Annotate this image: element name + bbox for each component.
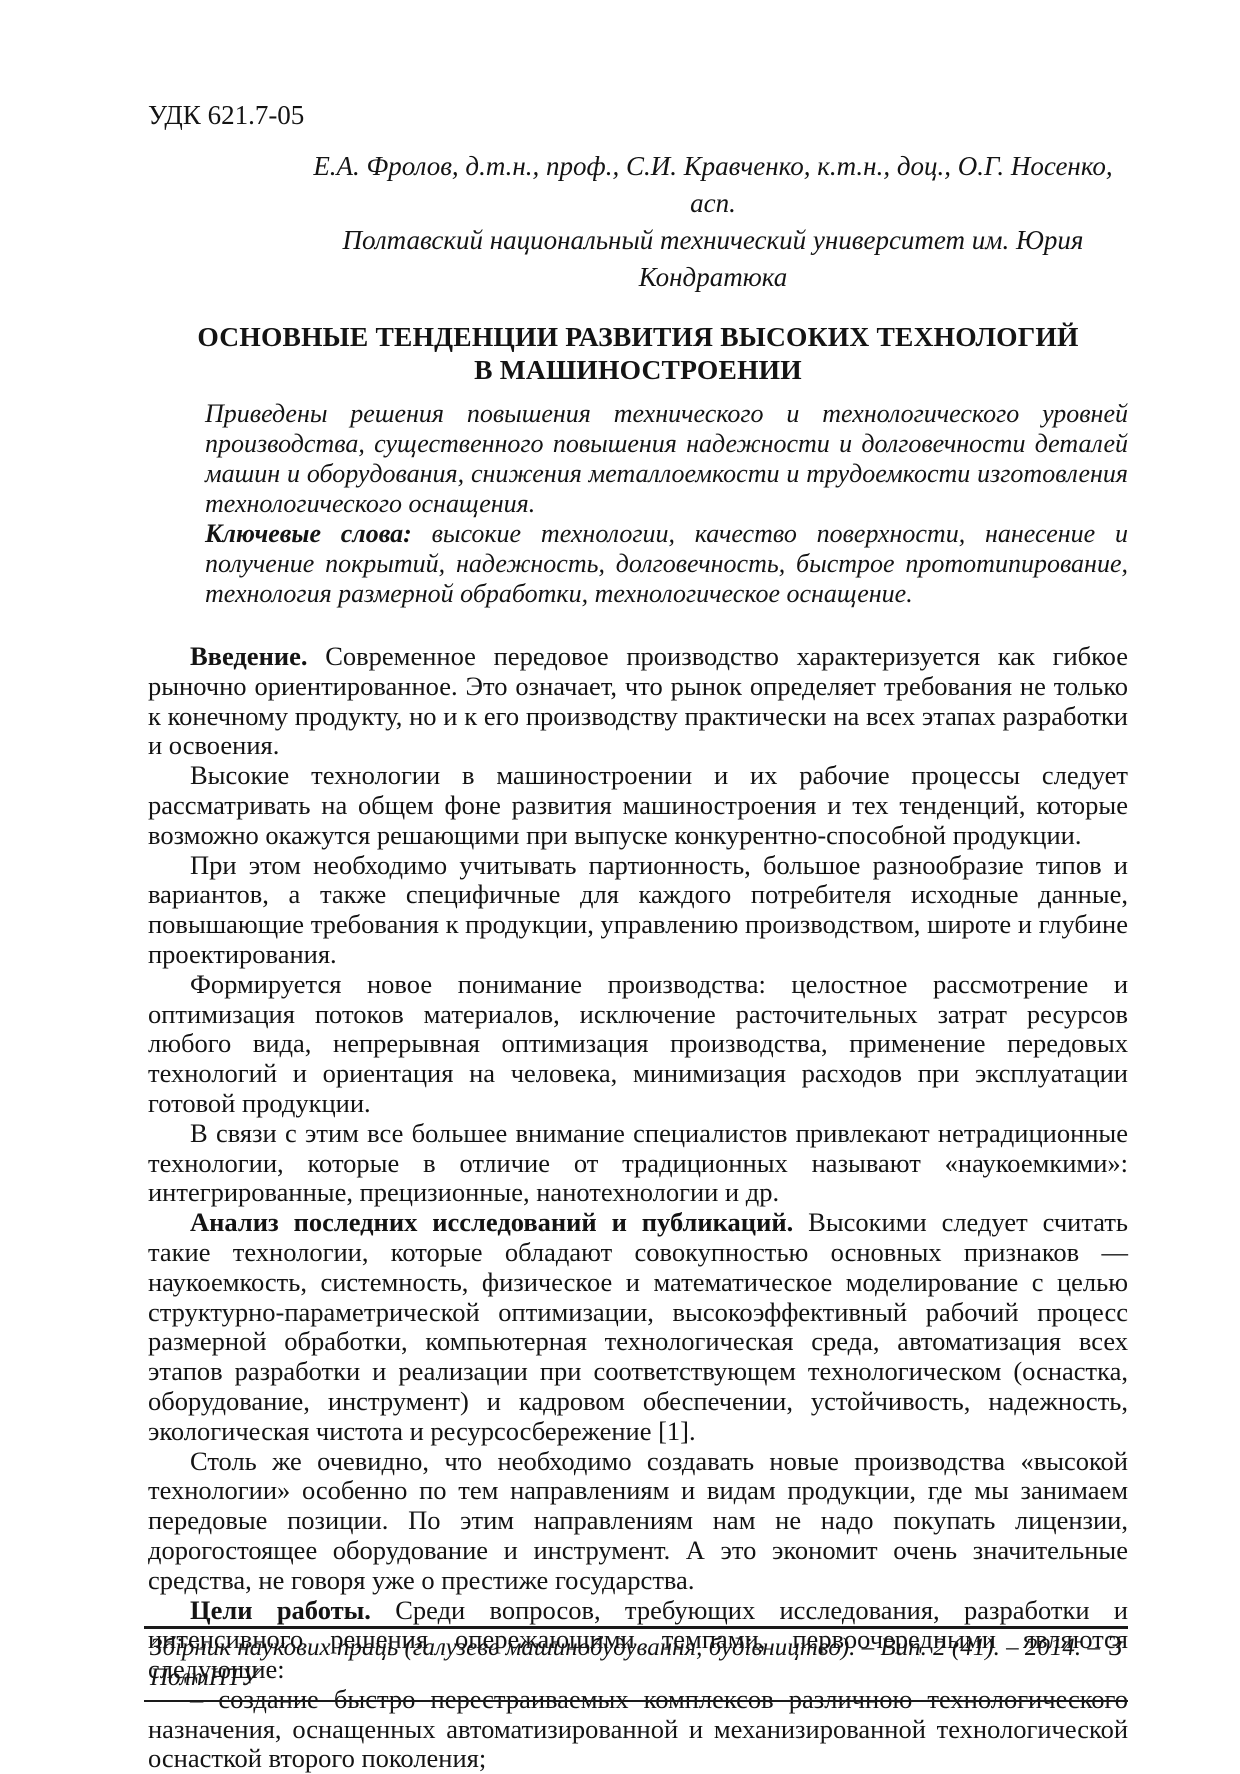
affiliation-line: Полтавский национальный технический унив… [298, 222, 1128, 296]
paragraph-lead: Цели работы. [190, 1595, 371, 1625]
paragraph-text: Столь же очевидно, что необходимо создав… [148, 1446, 1128, 1595]
article-title-line-1: ОСНОВНЫЕ ТЕНДЕНЦИИ РАЗВИТИЯ ВЫСОКИХ ТЕХН… [148, 320, 1128, 353]
paragraph: Формируется новое понимание производства… [148, 970, 1128, 1119]
paragraph-text: В связи с этим все большее внимание спец… [148, 1118, 1128, 1208]
paragraph-text: Высокими следует считать такие технологи… [148, 1207, 1128, 1446]
paragraph-lead: Анализ последних исследований и публикац… [190, 1207, 793, 1237]
abstract-block: Приведены решения повышения технического… [205, 399, 1128, 609]
abstract-text: Приведены решения повышения технического… [205, 399, 1128, 519]
article-body: Введение. Современное передовое производ… [148, 642, 1128, 1774]
page-footer: Збірник наукових праць (галузеве машиноб… [144, 1626, 1128, 1702]
paragraph-text: Формируется новое понимание производства… [148, 969, 1128, 1118]
document-page: УДК 621.7-05 Е.А. Фролов, д.т.н., проф.,… [0, 0, 1240, 1754]
paragraph-lead: Введение. [190, 641, 308, 671]
keywords-label: Ключевые слова: [205, 519, 412, 548]
paragraph: Высокие технологии в машиностроении и их… [148, 761, 1128, 850]
page-number: 3 [1108, 1632, 1122, 1662]
keywords-paragraph: Ключевые слова: высокие технологии, каче… [205, 519, 1128, 609]
article-title: ОСНОВНЫЕ ТЕНДЕНЦИИ РАЗВИТИЯ ВЫСОКИХ ТЕХН… [148, 320, 1128, 386]
paragraph: В связи с этим все большее внимание спец… [148, 1119, 1128, 1208]
paragraph: При этом необходимо учитывать партионнос… [148, 851, 1128, 970]
authors-block: Е.А. Фролов, д.т.н., проф., С.И. Кравчен… [298, 148, 1128, 296]
paragraph-text: При этом необходимо учитывать партионнос… [148, 850, 1128, 969]
paragraph-introduction: Введение. Современное передовое производ… [148, 642, 1128, 761]
paragraph: Столь же очевидно, что необходимо создав… [148, 1447, 1128, 1596]
paragraph-text: Высокие технологии в машиностроении и их… [148, 760, 1128, 850]
udc-code: УДК 621.7-05 [148, 100, 1128, 130]
footer-citation: Збірник наукових праць (галузеве машиноб… [150, 1633, 1108, 1693]
authors-line: Е.А. Фролов, д.т.н., проф., С.И. Кравчен… [298, 148, 1128, 222]
article-title-line-2: В МАШИНОСТРОЕНИИ [148, 353, 1128, 386]
paragraph-analysis: Анализ последних исследований и публикац… [148, 1208, 1128, 1446]
